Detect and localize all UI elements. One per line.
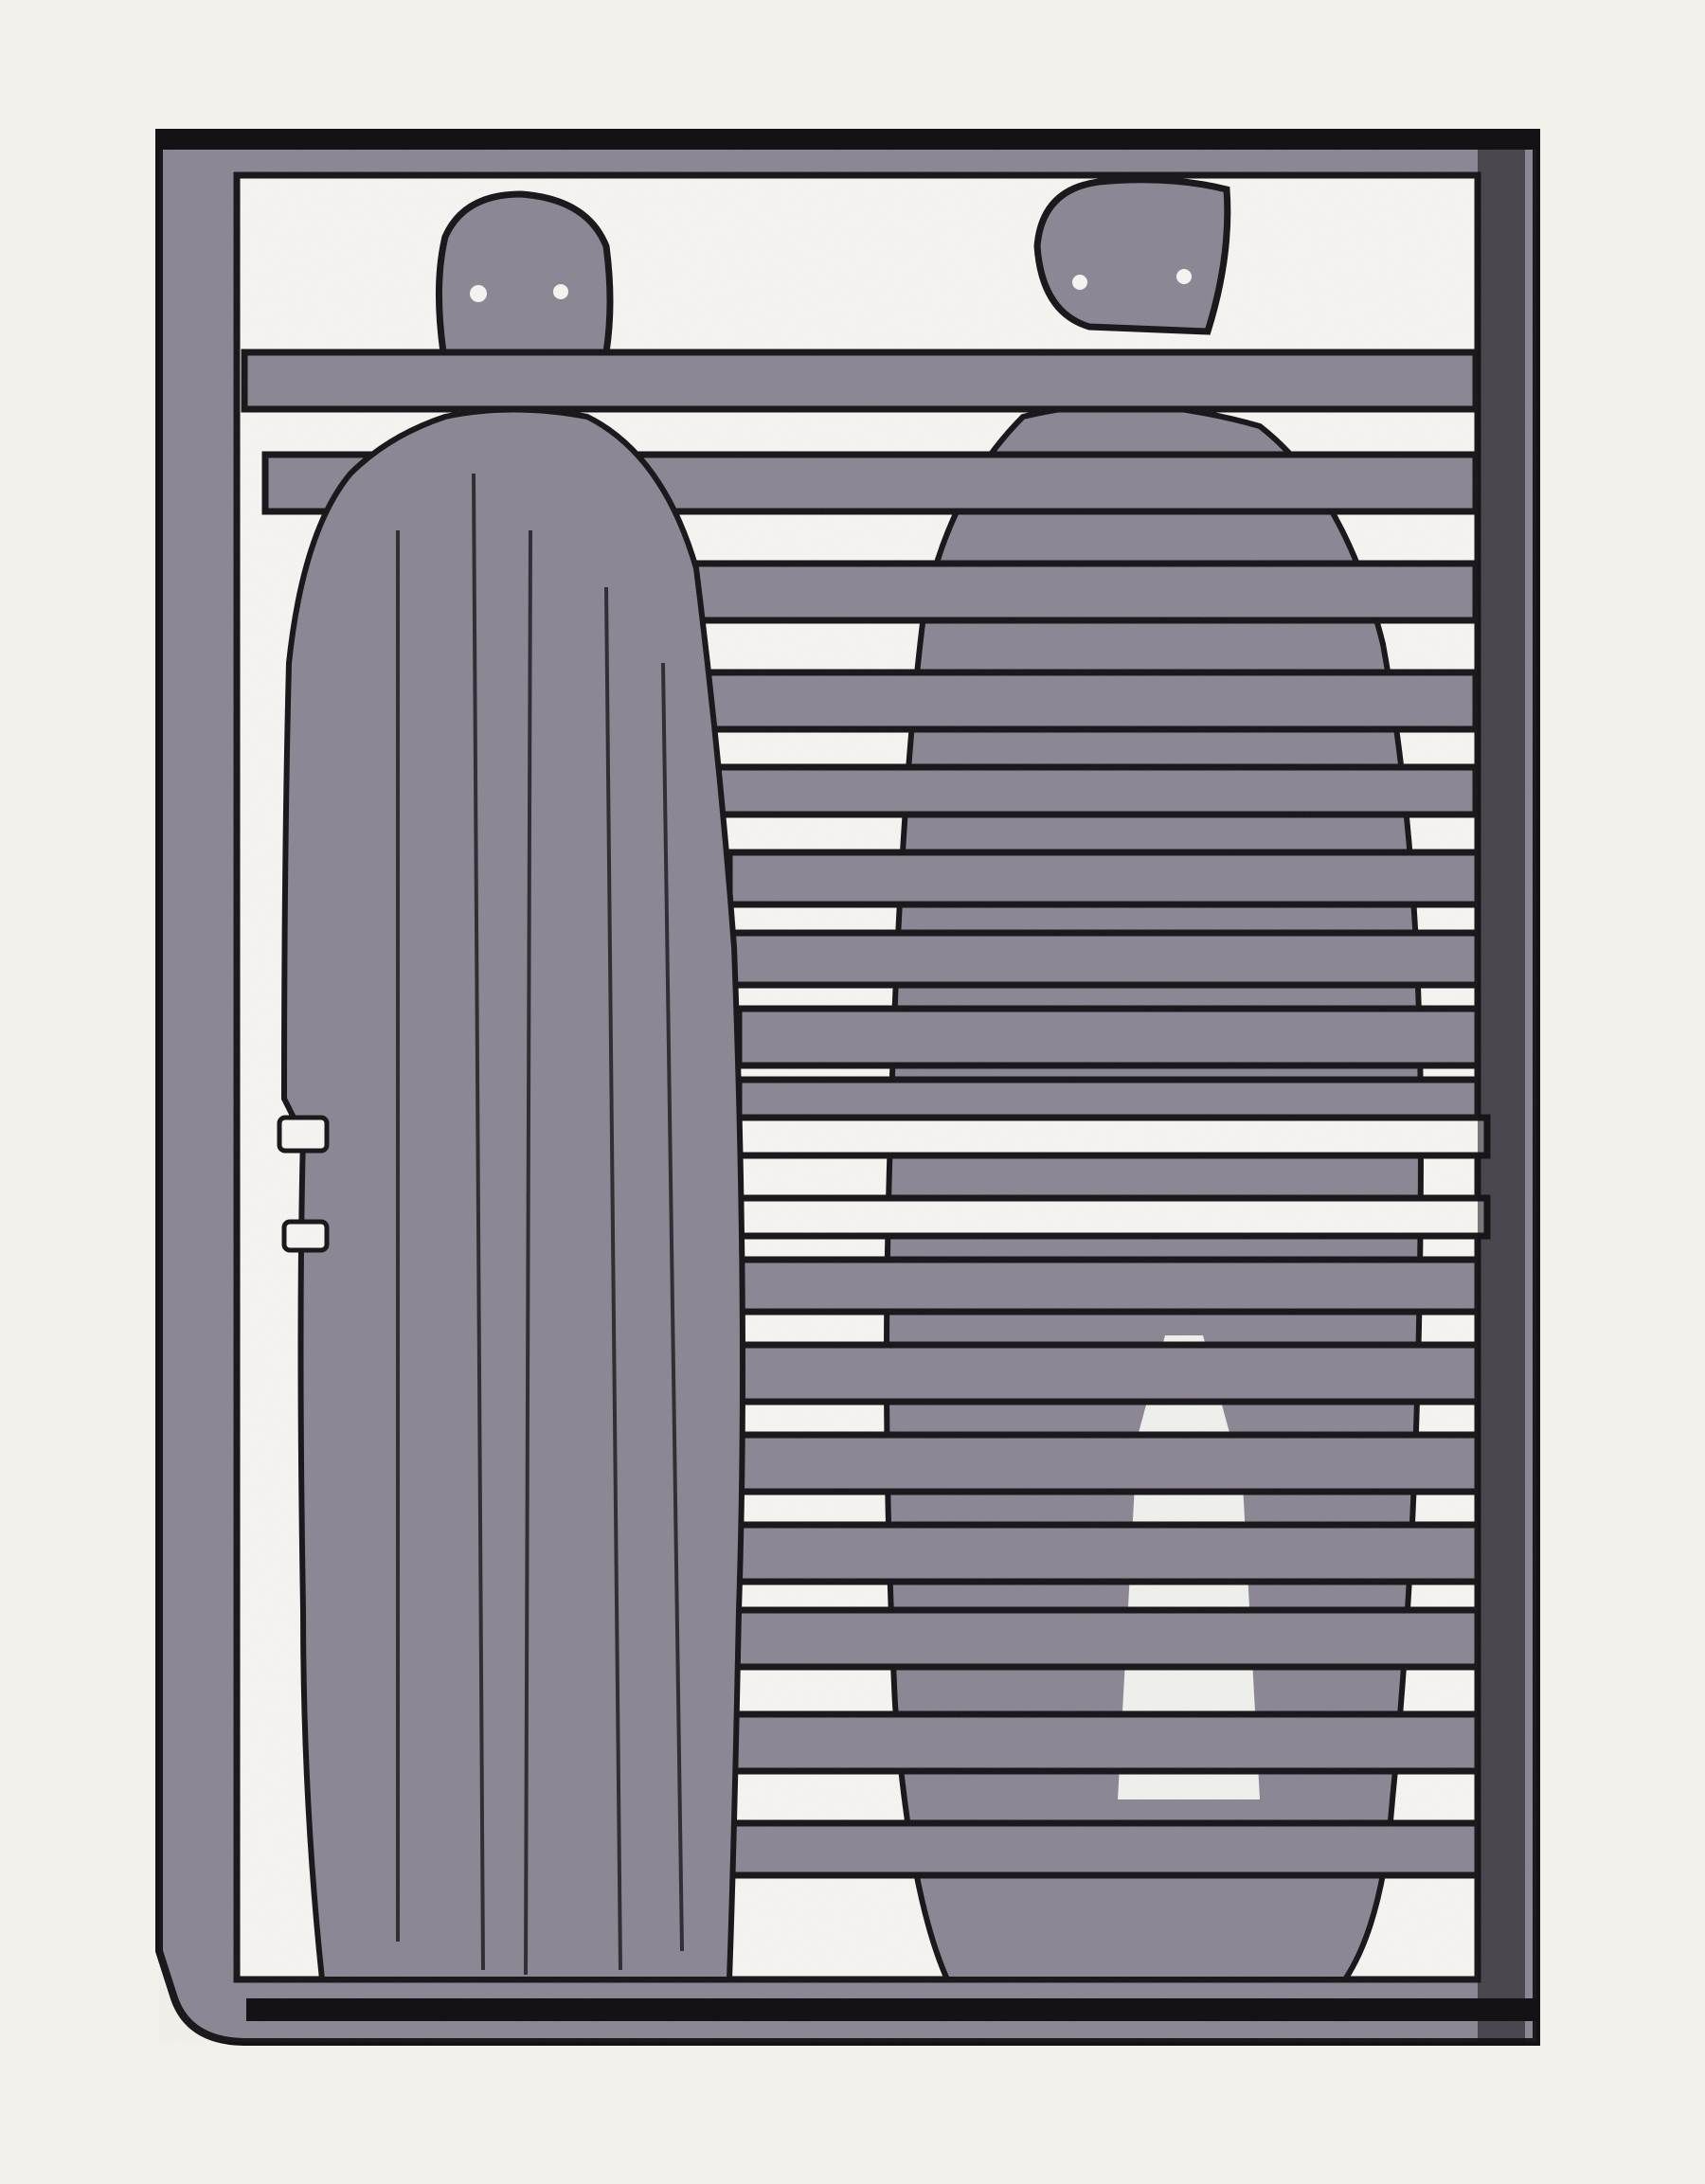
print-artwork bbox=[0, 0, 1705, 2184]
